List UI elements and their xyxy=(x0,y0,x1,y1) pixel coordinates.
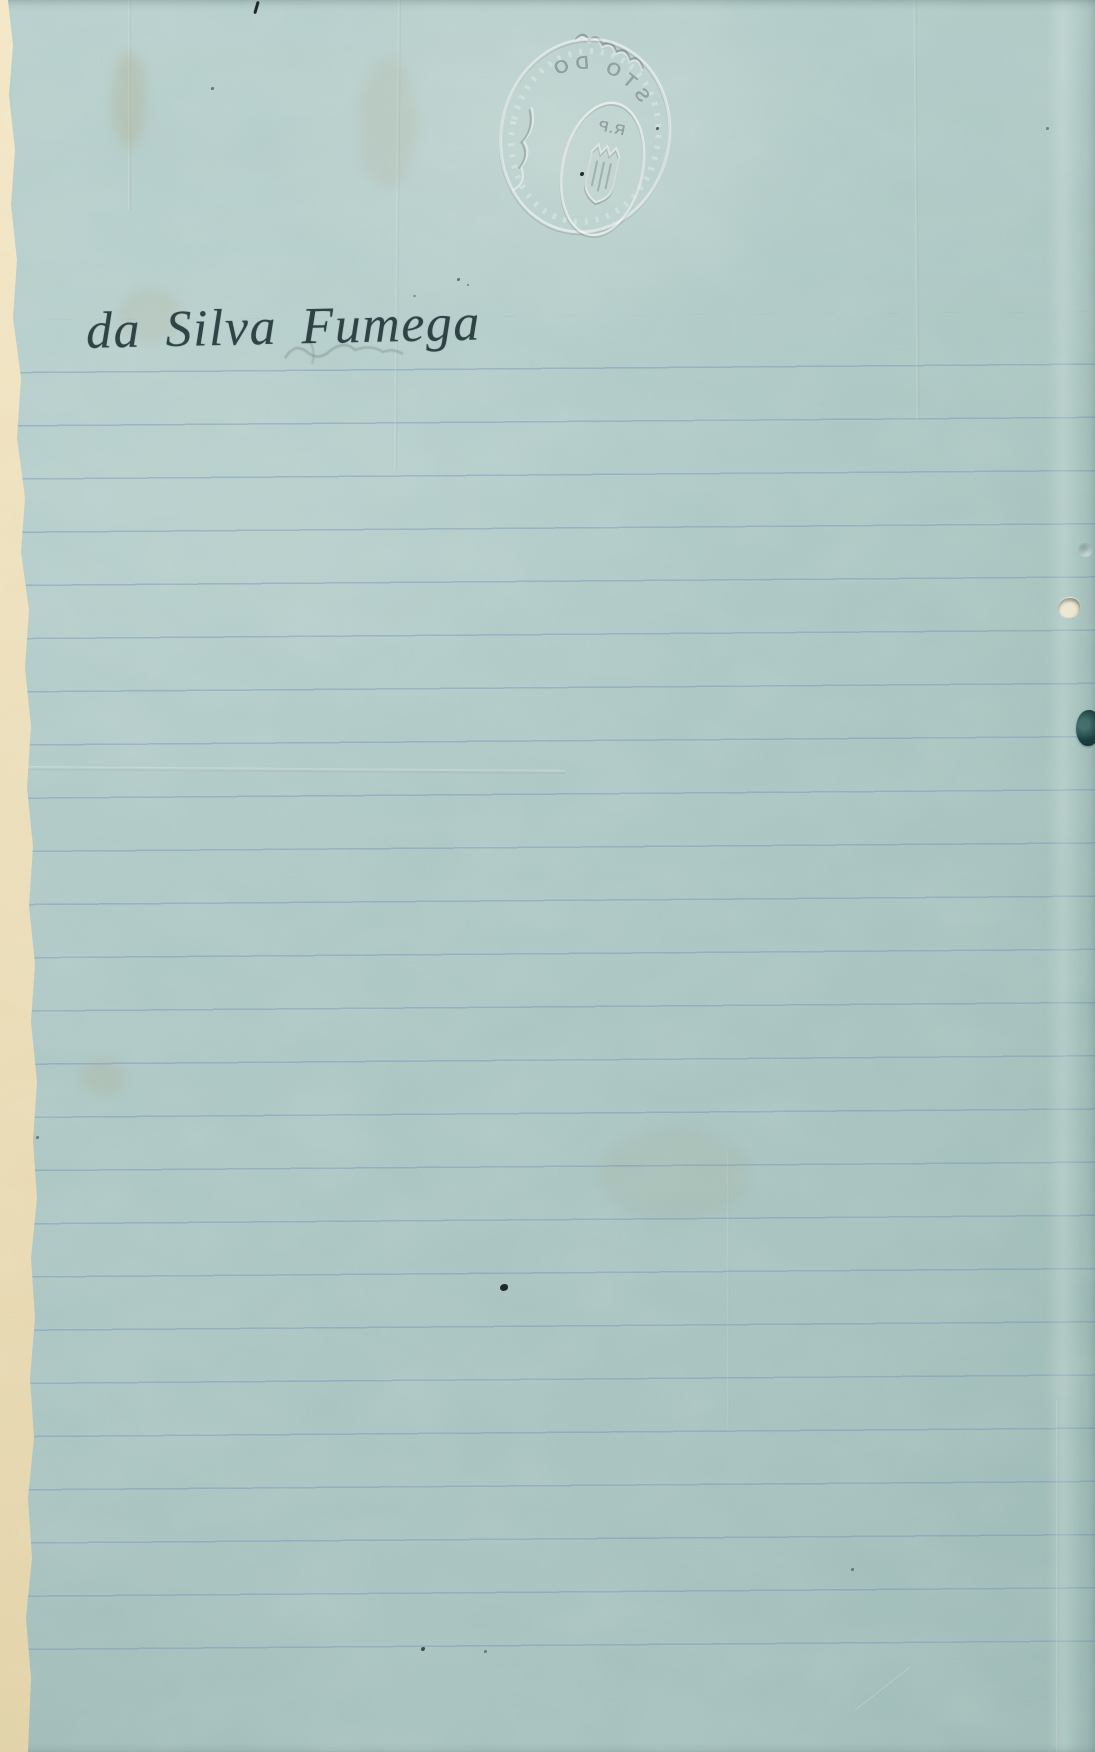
ink-speck xyxy=(413,295,416,297)
ink-speck xyxy=(484,1650,487,1653)
handwriting-text: da Silva Fumega xyxy=(85,291,546,363)
stain xyxy=(112,52,146,148)
ink-speck xyxy=(253,1,259,14)
paper-crease xyxy=(128,0,131,210)
scratch-mark xyxy=(855,1667,911,1712)
page-curve-highlight xyxy=(1046,0,1080,1752)
ink-speck xyxy=(467,284,469,286)
ink-speck xyxy=(421,1647,425,1651)
ink-speck xyxy=(457,278,460,281)
ruled-lines xyxy=(0,312,1095,1653)
scanned-document-page: STO DO R.P da Silva Fumega xyxy=(0,0,1095,1752)
embossed-seal: STO DO R.P xyxy=(476,8,699,266)
stain xyxy=(358,58,418,188)
blue-lined-paper: STO DO R.P da Silva Fumega xyxy=(0,0,1095,1752)
ink-speck xyxy=(211,87,214,90)
paper-dimple xyxy=(1078,543,1093,557)
